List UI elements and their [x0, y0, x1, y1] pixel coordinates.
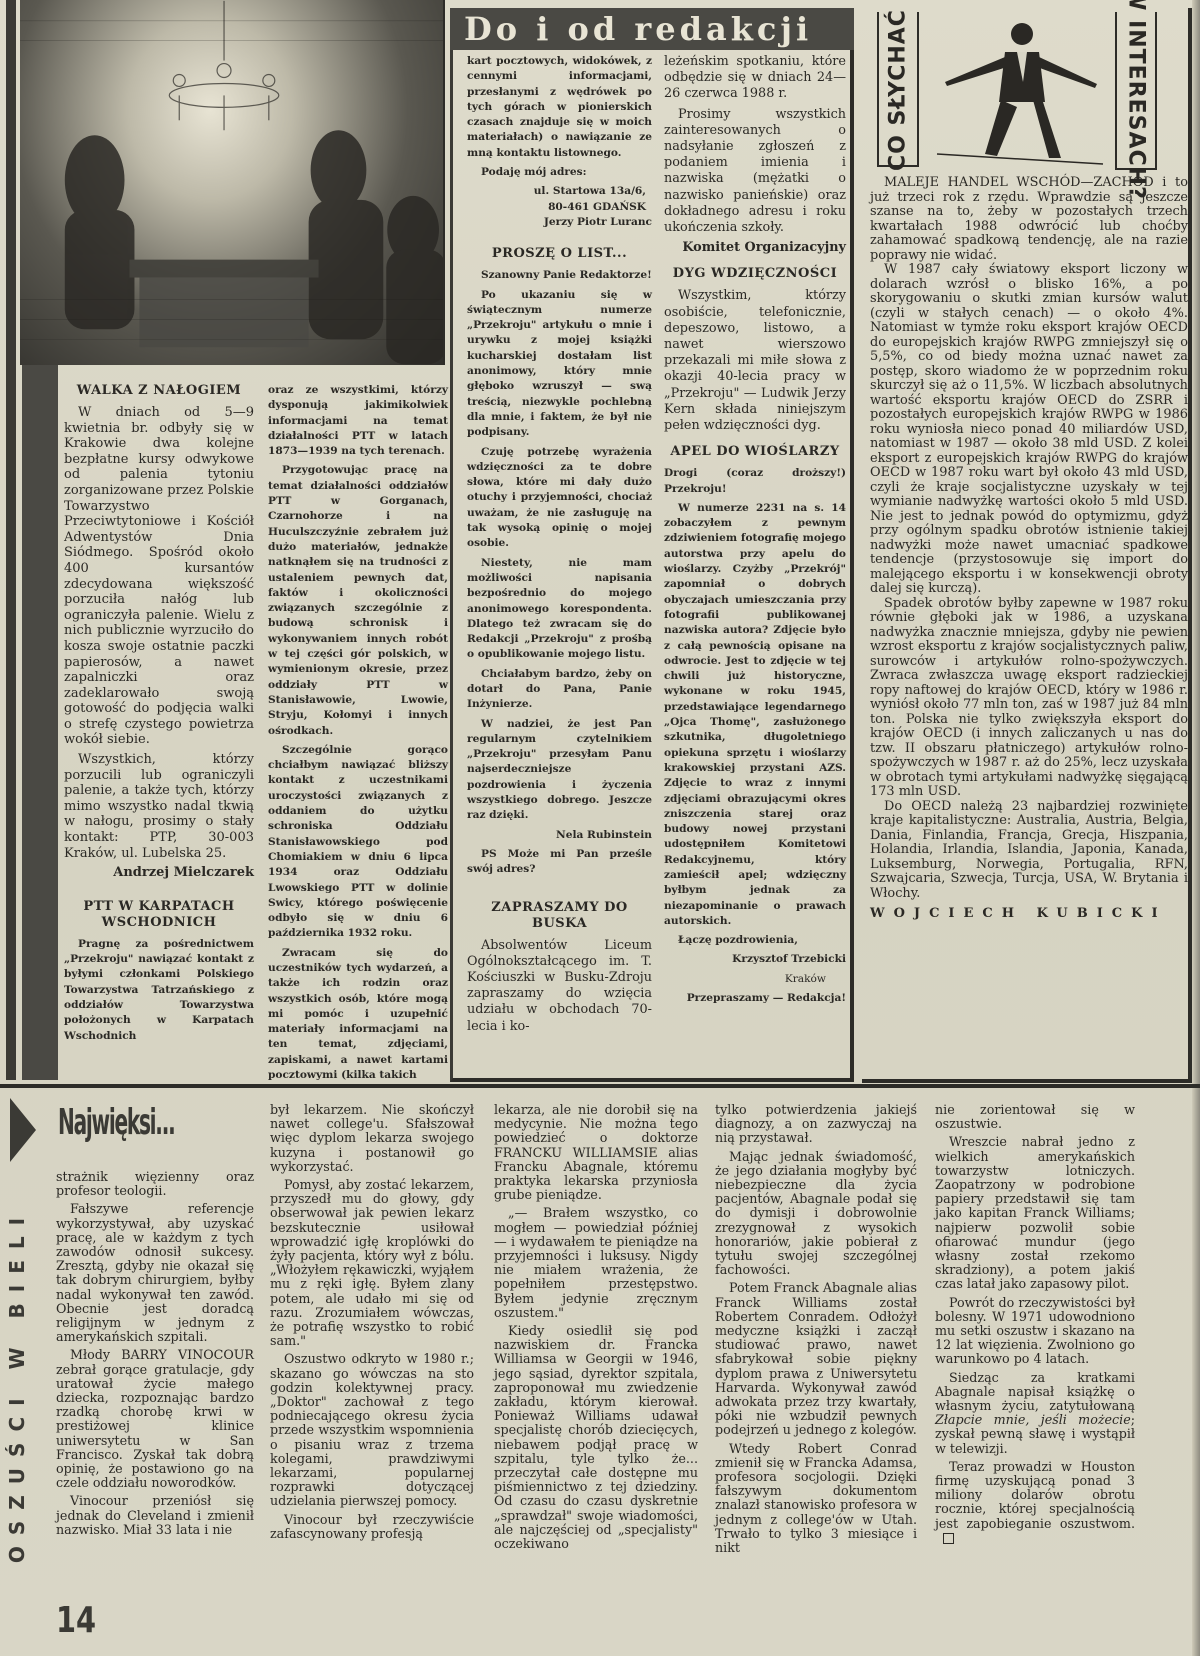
article-column-1: strażnik więzienny oraz profesor teologi… [56, 1170, 254, 1541]
signature-city: Kraków [664, 972, 846, 987]
vertical-title-text: W INTERESACH? [1124, 0, 1149, 199]
paragraph: MALEJE HANDEL WSCHÓD—ZACHÓD i to już trz… [870, 176, 1188, 263]
tightrope-walker-icon [935, 12, 1105, 170]
left-margin-bar [6, 0, 16, 1080]
paragraph: nie zorientował się w oszustwie. [935, 1103, 1135, 1131]
paragraph: Prosimy wszystkich zainteresowanych o na… [664, 107, 846, 237]
arrow-right-icon [10, 1098, 36, 1162]
paragraph: Mając jednak świadomość, że jego działan… [715, 1150, 917, 1278]
paragraph: „— Brałem wszystko, co mogłem — powiedzi… [494, 1206, 698, 1320]
paragraph: Młody BARRY VINOCOUR zebrał gorące gratu… [56, 1348, 254, 1490]
paragraph: Powrót do rzeczywistości był bolesny. W … [935, 1296, 1135, 1367]
paragraph: Wreszcie nabrał jedno z wielkich ameryka… [935, 1135, 1135, 1291]
article-column-4: tylko potwierdzenia jakiejś diagnozy, a … [715, 1103, 917, 1559]
signature: Komitet Organizacyjny [664, 240, 846, 256]
signature: Jerzy Piotr Luranc [467, 215, 652, 230]
paragraph: Wszystkich, którzy porzucili lub ogranic… [64, 752, 254, 861]
paragraph: kart pocztowych, widokówek, z cennymi in… [467, 54, 652, 161]
left-margin-shade [22, 360, 58, 1080]
text-run: Teraz prowadzi w Houston firmę uzyskując… [935, 1459, 1135, 1531]
paragraph: był lekarzem. Nie skończył nawet college… [270, 1103, 474, 1174]
paragraph: Niestety, nie mam możliwości napisania b… [467, 556, 652, 663]
paragraph: oraz ze wszystkimi, którzy dysponują jak… [268, 383, 448, 459]
paragraph: Oszustwo odkryto w 1980 r.; skazano go w… [270, 1352, 474, 1508]
closing: Łączę pozdrowienia, [664, 933, 846, 948]
paragraph: Chciałabym bardzo, żeby on dotarł do Pan… [467, 667, 652, 713]
paragraph: Szczególnie gorąco chciałbym nawiązać bl… [268, 743, 448, 942]
article-co-slychac: MALEJE HANDEL WSCHÓD—ZACHÓD i to już trz… [870, 176, 1188, 922]
three-men-at-table-icon [20, 0, 443, 365]
text-run: Siedząc za kratkami Abagnale napisał ksi… [935, 1370, 1135, 1413]
address-intro: Podaję mój adres: [467, 165, 652, 180]
page-number: 14 [56, 1600, 96, 1641]
article-column-5: nie zorientował się w oszustwie. Wreszci… [935, 1103, 1135, 1549]
paragraph: lekarza, ale nie dorobił się na medycyni… [494, 1103, 698, 1202]
paragraph: Zwracam się do uczestników tych wydarzeń… [268, 946, 448, 1084]
engraving-illustration [20, 0, 445, 365]
article-column-3: lekarza, ale nie dorobił się na medycyni… [494, 1103, 698, 1555]
vertical-title-right: W INTERESACH? [1115, 20, 1157, 165]
paragraph: Wtedy Robert Conrad zmienił się w Franck… [715, 1442, 917, 1556]
paragraph: Do OECD należą 23 najbardziej rozwinięte… [870, 800, 1188, 902]
section-label-vertical: OSZUŚCI W BIELI [0, 1170, 34, 1600]
signature: Krzysztof Trzebicki [664, 952, 846, 967]
signature: Nela Rubinstein [467, 828, 652, 843]
section-header-do-i-od-redakcji: Do i od redakcji [450, 8, 854, 50]
article-walka-z-nalogiem: WALKA Z NAŁOGIEM W dniach od 5—9 kwietni… [64, 383, 254, 1048]
article-column-2: był lekarzem. Nie skończył nawet college… [270, 1103, 474, 1545]
article-heading: PROSZĘ O LIST... [467, 246, 652, 262]
end-of-article-icon [943, 1533, 954, 1544]
paragraph: leżeńskim spotkaniu, które odbędzie się … [664, 54, 846, 103]
paragraph: W numerze 2231 na s. 14 zobaczyłem z pew… [664, 501, 846, 929]
paragraph: Absolwentów Liceum Ogólnokształcącego im… [467, 938, 652, 1035]
paragraph: W dniach od 5—9 kwietnia br. odbyły się … [64, 405, 254, 748]
paragraph: Pomysł, aby zostać lekarzem, przyszedł m… [270, 1178, 474, 1348]
paragraph: W nadziei, że jest Pan regularnym czytel… [467, 717, 652, 824]
salutation: Szanowny Panie Redaktorze! [467, 268, 652, 283]
paragraph: Potem Franck Abagnale alias Franck Willi… [715, 1281, 917, 1437]
paragraph: Kiedy osiedlił się pod nazwiskiem dr. Fr… [494, 1324, 698, 1551]
book-title: Złapcie mnie, jeśli możecie [935, 1412, 1131, 1427]
paragraph: Vinocour przeniósł się jednak do Clevela… [56, 1494, 254, 1537]
letters-column-1: kart pocztowych, widokówek, z cennymi in… [467, 54, 652, 1039]
author-byline: WOJCIECH KUBICKI [870, 907, 1188, 922]
magazine-page: WALKA Z NAŁOGIEM W dniach od 5—9 kwietni… [0, 0, 1200, 1656]
article-heading: PTT W KARPATACH WSCHODNICH [64, 899, 254, 931]
paragraph: Przygotowując pracę na temat działalnośc… [268, 463, 448, 738]
paragraph: Pragnę za pośrednictwem „Przekroju" nawi… [64, 937, 254, 1044]
paragraph: Spadek obrotów byłby zapewne w 1987 roku… [870, 597, 1188, 800]
page-edge [1192, 0, 1200, 1656]
editorial-reply: Przepraszamy — Redakcja! [664, 991, 846, 1006]
postscript: PS Może mi Pan prześle swój adres? [467, 847, 652, 878]
article-ptt-continued: oraz ze wszystkimi, którzy dysponują jak… [268, 383, 448, 1087]
vertical-title-text: CO SŁYCHAĆ [886, 9, 911, 171]
paragraph: Teraz prowadzi w Houston firmę uzyskując… [935, 1460, 1135, 1545]
paragraph: Fałszywe referencje wykorzystywał, aby u… [56, 1202, 254, 1344]
signature: Andrzej Mielczarek [64, 865, 254, 881]
paragraph: Po ukazaniu się w świątecznym numerze „P… [467, 288, 652, 441]
paragraph: tylko potwierdzenia jakiejś diagnozy, a … [715, 1103, 917, 1146]
salutation: Drogi (coraz droższy!) Przekroju! [664, 466, 846, 497]
paragraph: Vinocour był rzeczywiście zafascynowany … [270, 1513, 474, 1541]
paragraph: W 1987 cały światowy eksport liczony w d… [870, 263, 1188, 597]
article-heading: APEL DO WIOŚLARZY [664, 444, 846, 460]
paragraph: Siedząc za kratkami Abagnale napisał ksi… [935, 1371, 1135, 1456]
article-title: Najwięksi... [58, 1102, 174, 1143]
section-divider [0, 1084, 1200, 1088]
article-heading: DYG WDZIĘCZNOŚCI [664, 266, 846, 282]
vertical-title-left: CO SŁYCHAĆ [877, 20, 919, 160]
address-line: ul. Startowa 13a/6, [467, 184, 652, 199]
article-heading: WALKA Z NAŁOGIEM [64, 383, 254, 399]
section-label-text: OSZUŚCI W BIELI [5, 1207, 29, 1563]
paragraph: Wszystkim, którzy osobiście, telefoniczn… [664, 288, 846, 434]
article-heading: ZAPRASZAMY DO BUSKA [467, 900, 652, 932]
paragraph: strażnik więzienny oraz profesor teologi… [56, 1170, 254, 1198]
letters-column-2: leżeńskim spotkaniu, które odbędzie się … [664, 54, 846, 1010]
paragraph: Czuję potrzebę wyrażenia wdzięczności za… [467, 445, 652, 552]
address-line: 80-461 GDAŃSK [467, 200, 652, 215]
